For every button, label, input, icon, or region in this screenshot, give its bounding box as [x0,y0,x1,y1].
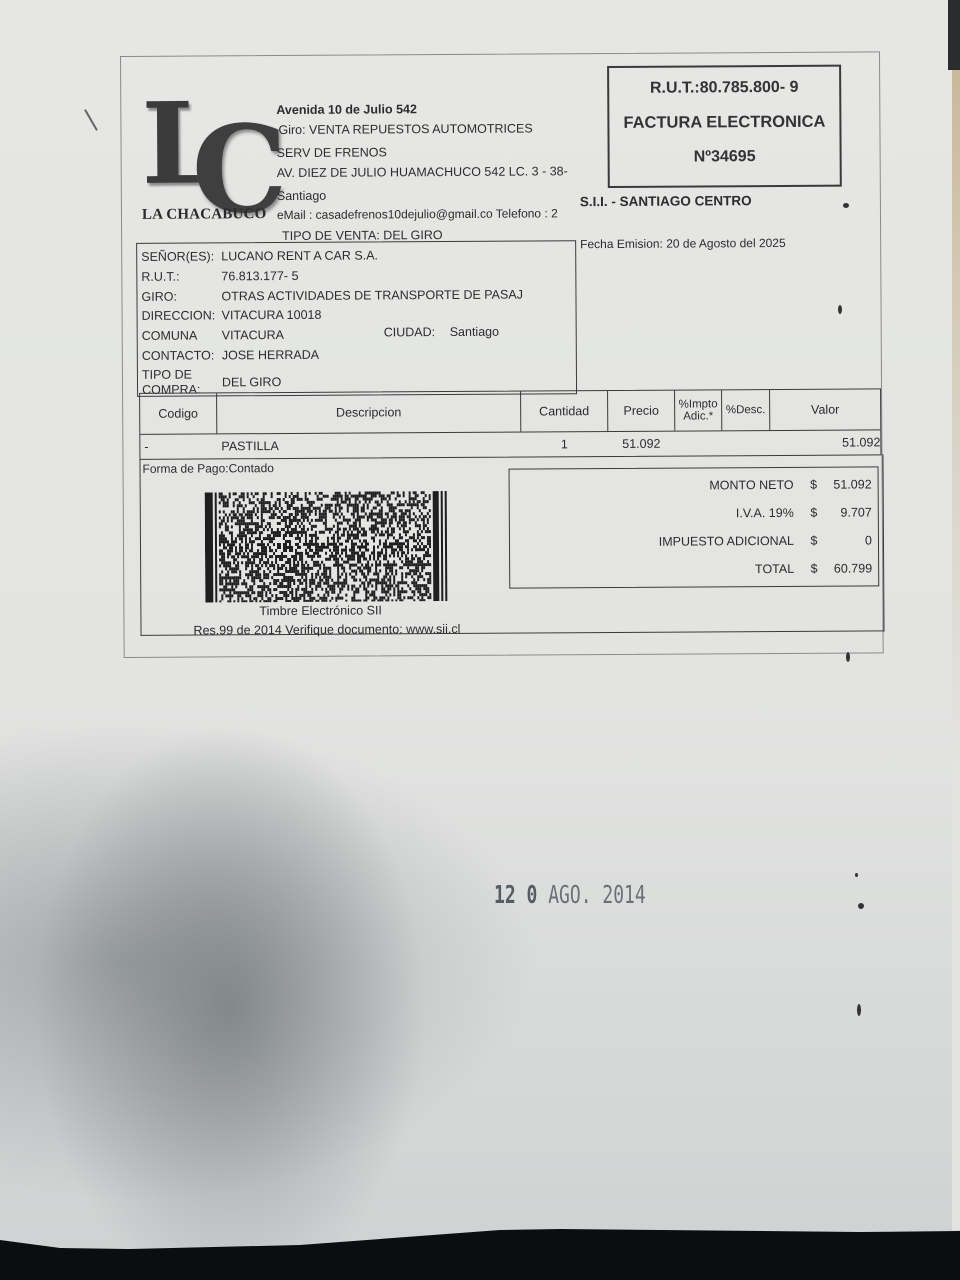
header-impto-line1: %Impto [679,398,718,410]
issuer-address-full: AV. DIEZ DE JULIO HUAMACHUCO 542 LC. 3 -… [277,164,568,180]
background-edge-tan [952,70,960,1230]
paper-speck [843,203,849,208]
row-precio: 51.092 [608,432,674,456]
items-header: Codigo Descripcion Cantidad Precio %Impt… [140,389,880,434]
impuesto-value: 0 [826,533,872,547]
header-valor: Valor [770,389,880,430]
payment-section: Forma de Pago:Contado Timbre Electrónico… [139,454,884,636]
header-desc: %Desc. [722,390,770,430]
issuer-name: LA CHACABUCO [142,206,267,224]
issuer-address-line: Avenida 10 de Julio 542 [276,102,417,117]
currency-symbol: $ [802,562,826,576]
client-name-row: SEÑOR(ES):LUCANO RENT A CAR S.A. [141,248,378,263]
total-row-impuesto: IMPUESTO ADICIONAL $ 0 [659,533,872,548]
client-rut: 76.813.177- 5 [221,269,298,283]
currency-symbol: $ [802,506,826,520]
total-row-total: TOTAL $ 60.799 [755,561,872,576]
client-ciudad: Santiago [450,325,499,339]
client-ciudad-row: CIUDAD:Santiago [384,325,499,340]
client-giro: OTRAS ACTIVIDADES DE TRANSPORTE DE PASAJ [221,288,523,304]
document-id-box: R.U.T.:80.785.800- 9 FACTURA ELECTRONICA… [607,65,842,188]
sii-office: S.I.I. - SANTIAGO CENTRO [580,193,752,209]
items-table: Codigo Descripcion Cantidad Precio %Impt… [139,388,881,460]
client-address: VITACURA 10018 [222,308,322,323]
stamp-month-year: AGO. 2014 [537,880,645,909]
client-contact-label: CONTACTO: [142,348,222,362]
total-value: 60.799 [826,561,872,575]
total-row-iva: I.V.A. 19% $ 9.707 [736,505,872,520]
total-label: TOTAL [755,562,794,576]
document-type: FACTURA ELECTRONICA [609,113,839,133]
issuer-giro-cont: SERV DE FRENOS [277,145,387,160]
issue-date: Fecha Emision: 20 de Agosto del 2025 [580,236,786,251]
timbre-barcode [205,491,450,602]
resolution-text: Res.99 de 2014 Verifique documento: www.… [193,622,460,638]
client-giro-label: GIRO: [141,289,221,303]
issuer-giro: Giro: VENTA REPUESTOS AUTOMOTRICES [278,121,532,137]
client-box: SEÑOR(ES):LUCANO RENT A CAR S.A. R.U.T.:… [136,240,577,397]
neto-value: 51.092 [826,477,872,491]
row-desc [722,431,769,455]
header-precio: Precio [608,391,675,431]
client-comuna-row: COMUNAVITACURA [142,328,284,343]
header-descripcion: Descripcion [217,392,521,434]
row-impto [675,431,721,455]
neto-label: MONTO NETO [709,478,793,493]
currency-symbol: $ [802,534,826,548]
header-codigo: Codigo [140,393,217,433]
row-cantidad: 1 [521,432,607,457]
header-impto-line2: Adic.* [683,410,713,422]
row-valor: 51.092 [770,430,908,455]
client-purchase-type: DEL GIRO [222,375,281,389]
stamp-day: 12 0 [494,880,537,909]
background-edge [948,0,960,70]
totals-box: MONTO NETO $ 51.092 I.V.A. 19% $ 9.707 I… [509,466,880,588]
issuer-contact: eMail : casadefrenos10dejulio@gmail.co T… [277,206,558,222]
paper-speck [855,873,858,877]
payment-method: Forma de Pago:Contado [142,461,274,476]
client-address-row: DIRECCION:VITACURA 10018 [142,308,322,323]
paper-speck [846,652,850,662]
row-descripcion: PASTILLA [217,433,524,459]
client-comuna-label: COMUNA [142,328,222,342]
client-address-label: DIRECCION: [142,308,222,322]
document-number: Nº34695 [610,148,840,167]
client-rut-label: R.U.T.: [141,269,221,283]
iva-value: 9.707 [826,505,872,519]
issuer-logo: L C [133,88,274,224]
paper-speck [858,903,864,909]
row-codigo: - [140,434,220,458]
total-row-neto: MONTO NETO $ 51.092 [709,477,871,492]
client-comuna: VITACURA [222,328,284,342]
timbre-label: Timbre Electrónico SII [259,603,382,618]
paper-speck [838,305,842,314]
received-date-stamp: 12 0 AGO. 2014 [494,880,646,909]
client-ciudad-label: CIUDAD: [384,325,450,339]
client-contact: JOSE HERRADA [222,348,319,363]
invoice-sheet: L C LA CHACABUCO Avenida 10 de Julio 542… [120,51,884,658]
iva-label: I.V.A. 19% [736,506,794,520]
client-contact-row: CONTACTO:JOSE HERRADA [142,348,319,363]
client-rut-row: R.U.T.:76.813.177- 5 [141,269,298,284]
impuesto-label: IMPUESTO ADICIONAL [659,534,794,549]
issuer-rut: R.U.T.:80.785.800- 9 [609,79,839,98]
paper-speck [857,1004,861,1016]
header-cantidad: Cantidad [521,391,608,432]
purchase-type-label-1: TIPO DE [142,368,200,383]
client-name-label: SEÑOR(ES): [141,249,221,263]
header-impto-adic: %Impto Adic.* [675,390,722,430]
currency-symbol: $ [802,478,826,492]
client-name: LUCANO RENT A CAR S.A. [221,248,378,263]
client-giro-row: GIRO:OTRAS ACTIVIDADES DE TRANSPORTE DE … [141,288,523,304]
issuer-city: Santiago [277,189,326,203]
